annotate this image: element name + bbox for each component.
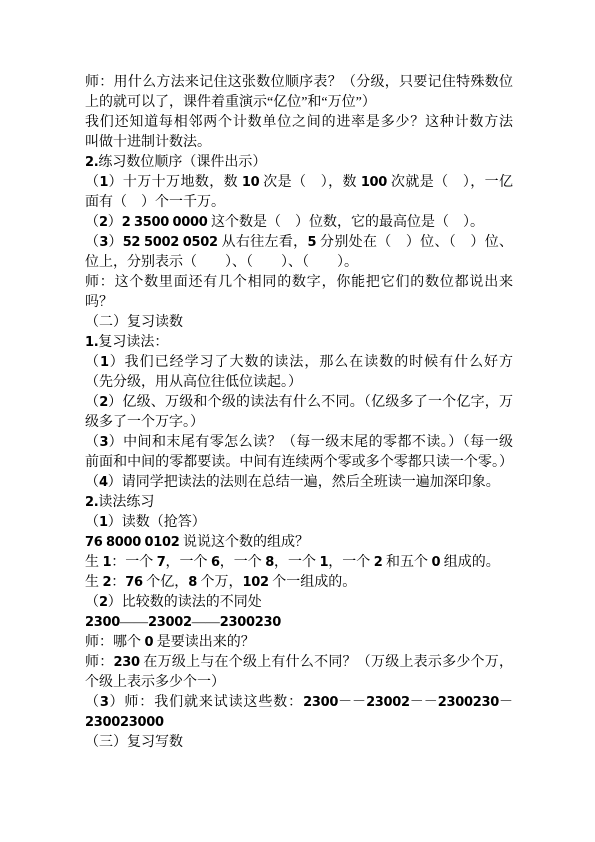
text-line: 位上，分别表示（ ）、（ ）、（ ）。: [85, 253, 513, 273]
text-line: 76 8000 0102 说说这个数的组成？: [85, 533, 513, 553]
text-line: （1）我们已经学习了大数的读法，那么在读数的时候有什么好方法？: [85, 353, 513, 373]
text-line: （2）2 3500 0000 这个数是（ ）位数，它的最高位是（ ）。: [85, 213, 513, 233]
text-line: （1）读数（抢答）: [85, 513, 513, 533]
text-line: （3）师：我们就来试读这些数：2300－－23002－－2300230－－: [85, 693, 513, 713]
text-line: （2）亿级、万级和个级的读法有什么不同。（亿级多了一个亿字，万: [85, 393, 513, 413]
text-line: 生 2：76 个亿，8 个万，102 个一组成的。: [85, 573, 513, 593]
text-line: 师：用什么方法来记住这张数位顺序表？（分级，只要记住特殊数位: [85, 73, 513, 93]
text-line: 2.练习数位顺序（课件出示）: [85, 153, 513, 173]
text-line: 1.复习读法：: [85, 333, 513, 353]
text-line: 师：230 在万级上与在个级上有什么不同？（万级上表示多少个万，: [85, 653, 513, 673]
document-page: 师：用什么方法来记住这张数位顺序表？（分级，只要记住特殊数位上的就可以了，课件着…: [0, 0, 595, 842]
text-line: 师：哪个 0 是要读出来的？: [85, 633, 513, 653]
text-line: （3）中间和末尾有零怎么读？（每一级末尾的零都不读。）（每一级: [85, 433, 513, 453]
text-line: （三）复习写数: [85, 733, 513, 753]
text-line: 230023000: [85, 713, 513, 733]
text-line: （先分级，用从高位往低位读起。）: [85, 373, 513, 393]
text-line: 级多了一个万字。）: [85, 413, 513, 433]
text-line: 上的就可以了，课件着重演示“亿位”和“万位”）: [85, 93, 513, 113]
text-line: 2300——23002——2300230: [85, 613, 513, 633]
text-line: （2）比较数的读法的不同处: [85, 593, 513, 613]
text-line: 我们还知道每相邻两个计数单位之间的进率是多少？这种计数方法: [85, 113, 513, 133]
text-line: （二）复习读数: [85, 313, 513, 333]
text-line: 吗？: [85, 293, 513, 313]
text-line: （3）52 5002 0502 从右往左看，5 分别处在（ ）位、（ ）位、（ …: [85, 233, 513, 253]
text-line: 面有（ ）个一千万。: [85, 193, 513, 213]
text-line: 前面和中间的零都要读。中间有连续两个零或多个零都只读一个零。）: [85, 453, 513, 473]
text-line: 叫做十进制计数法。: [85, 133, 513, 153]
text-line: （4）请同学把读法的法则在总结一遍，然后全班读一遍加深印象。: [85, 473, 513, 493]
text-line: 2.读法练习: [85, 493, 513, 513]
text-line: 个级上表示多少个一）: [85, 673, 513, 693]
text-line: 生 1：一个 7，一个 6，一个 8，一个 1，一个 2 和五个 0 组成的。: [85, 553, 513, 573]
text-line: （1）十万十万地数，数 10 次是（ ），数 100 次就是（ ），一亿里: [85, 173, 513, 193]
text-line: 师：这个数里面还有几个相同的数字，你能把它们的数位都说出来: [85, 273, 513, 293]
document-text-block: 师：用什么方法来记住这张数位顺序表？（分级，只要记住特殊数位上的就可以了，课件着…: [85, 73, 513, 753]
